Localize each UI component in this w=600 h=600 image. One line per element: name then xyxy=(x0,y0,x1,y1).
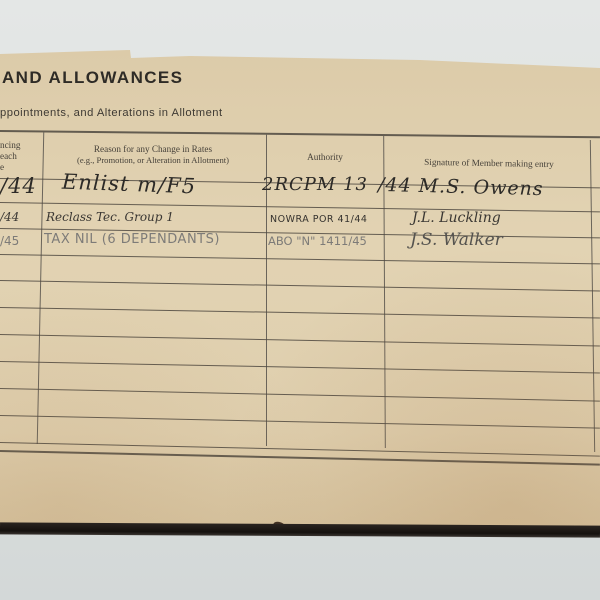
row1-date: /44 xyxy=(0,174,37,198)
header-reason: Reason for any Change in Rates (e.g., Pr… xyxy=(40,144,266,166)
header-date-line: ncing xyxy=(0,140,38,151)
row2-authority: NOWRA POR 41/44 xyxy=(270,214,367,225)
row-rule xyxy=(0,442,600,457)
table-bottom-rule xyxy=(0,450,600,466)
header-signature: Signature of Member making entry xyxy=(384,156,594,171)
header-reason-line: Reason for any Change in Rates xyxy=(40,144,266,155)
row-rule xyxy=(0,361,600,374)
row3-date: /45 xyxy=(0,234,19,248)
row1-authority: 2RCPM 13 xyxy=(262,174,368,195)
header-reason-line: (e.g., Promotion, or Alteration in Allot… xyxy=(40,155,266,166)
row2-signature: J.L. Luckling xyxy=(412,210,501,226)
header-authority-line: Authority xyxy=(266,152,384,163)
row3-signature: J.S. Walker xyxy=(410,230,503,250)
row3-authority: ABO "N" 1411/45 xyxy=(268,234,367,248)
page-title: AND ALLOWANCES xyxy=(2,68,183,88)
row-rule xyxy=(0,415,600,429)
row1-reason: Enlist m/F5 xyxy=(62,170,197,199)
page-subtitle: ppointments, and Alterations in Allotmen… xyxy=(0,107,223,119)
allotment-table: ncing each e Reason for any Change in Ra… xyxy=(0,130,600,458)
header-date-line: e xyxy=(0,162,38,173)
row-rule xyxy=(0,388,600,402)
document-page: AND ALLOWANCES ppointments, and Alterati… xyxy=(0,50,600,528)
header-signature-line: Signature of Member making entry xyxy=(384,156,594,171)
row3-reason: TAX NIL (6 DEPENDANTS) xyxy=(44,232,220,247)
header-authority: Authority xyxy=(266,152,384,163)
header-date-line: each xyxy=(0,151,38,162)
row-rule xyxy=(0,307,600,318)
table-top-rule xyxy=(0,130,600,138)
row1-signature: /44 M.S. Owens xyxy=(378,174,544,200)
row-rule xyxy=(0,334,600,347)
row-rule xyxy=(0,254,600,264)
row2-reason: Reclass Tec. Group 1 xyxy=(46,210,174,224)
row-rule xyxy=(0,280,600,291)
header-date: ncing each e xyxy=(0,140,38,173)
row2-date: /44 xyxy=(0,210,19,224)
